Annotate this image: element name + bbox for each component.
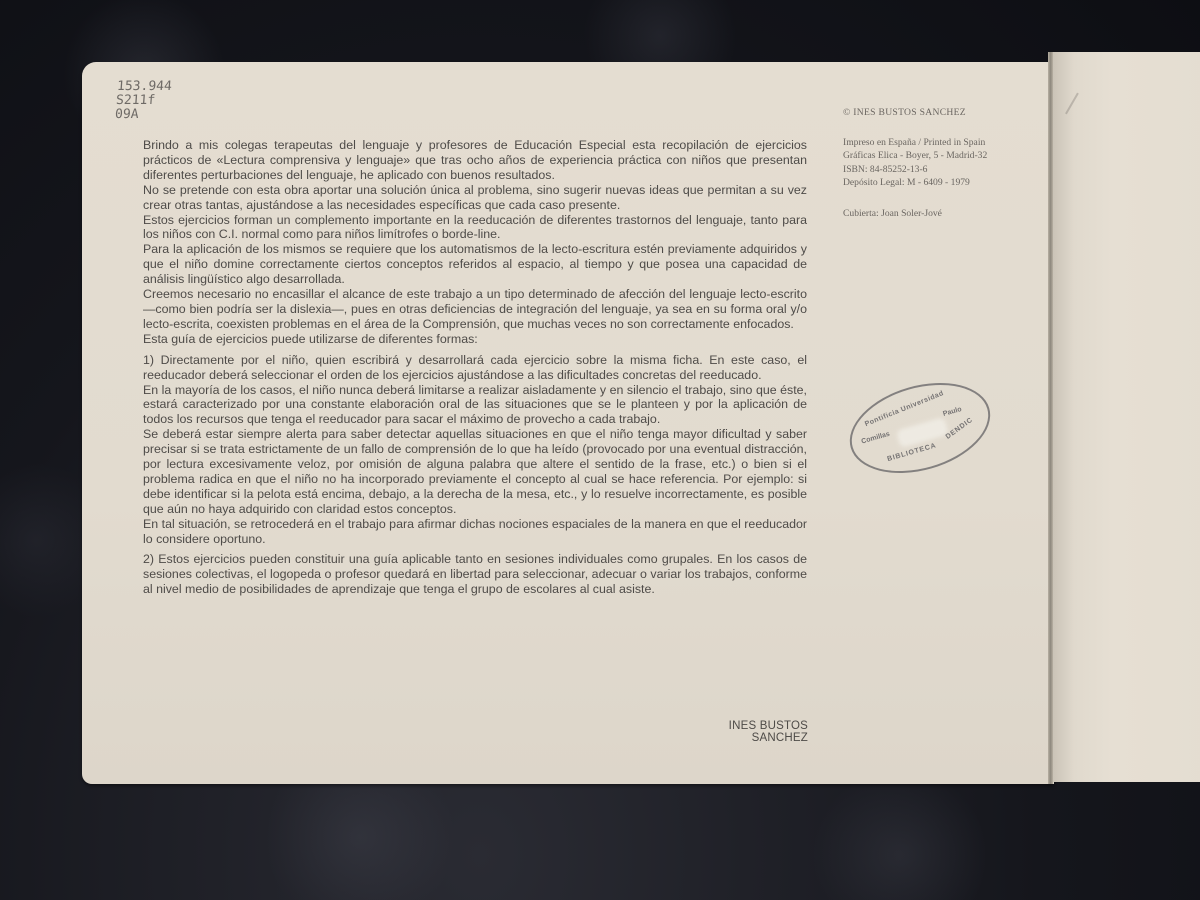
stamp-left-text: Comillas (861, 431, 891, 446)
colophon-line: Gráficas Elica - Boyer, 5 - Madrid-32 (843, 149, 1063, 163)
preface-text: Brindo a mis colegas terapeutas del leng… (143, 138, 807, 597)
numbered-paragraph-2: 2) Estos ejercicios pueden constituir un… (143, 552, 807, 597)
stamp-bottom-text: BIBLIOTECA (887, 442, 938, 463)
right-page (1052, 52, 1200, 782)
legal-deposit: Depósito Legal: M - 6409 - 1979 (843, 176, 1063, 190)
paragraph: Esta guía de ejercicios puede utilizarse… (143, 332, 807, 347)
paragraph: Creemos necesario no encasillar el alcan… (143, 287, 807, 332)
numbered-paragraph-1: 1) Directamente por el niño, quien escri… (143, 353, 807, 383)
author-signature: INES BUSTOS SANCHEZ (676, 720, 808, 744)
call-number-line-3: 09A (115, 108, 171, 122)
paragraph: Se deberá estar siempre alerta para sabe… (143, 427, 807, 516)
colophon-line: Impreso en España / Printed in Spain (843, 136, 1063, 150)
call-number-line-2: S211f (116, 94, 172, 108)
isbn: ISBN: 84-85252-13-6 (843, 163, 1063, 177)
copyright-notice: © INES BUSTOS SANCHEZ (843, 106, 1063, 120)
stamp-right-text: Paulo (942, 406, 962, 418)
call-number-line-1: 153.944 (116, 80, 172, 94)
paragraph: No se pretende con esta obra aportar una… (143, 183, 807, 213)
stamp-code-text: DENDIC (945, 416, 975, 440)
paragraph: Para la aplicación de los mismos se requ… (143, 242, 807, 287)
stamp-smudge (896, 417, 949, 448)
paragraph: En la mayoría de los casos, el niño nunc… (143, 383, 807, 428)
colophon: © INES BUSTOS SANCHEZ Impreso en España … (843, 106, 1063, 221)
paragraph: En tal situación, se retrocederá en el t… (143, 517, 807, 547)
handwritten-call-number: 153.944 S211f 09A (115, 80, 173, 122)
paragraph: Brindo a mis colegas terapeutas del leng… (143, 138, 807, 183)
cover-credit: Cubierta: Joan Soler-Jové (843, 207, 1063, 221)
paragraph: Estos ejercicios forman un complemento i… (143, 213, 807, 243)
